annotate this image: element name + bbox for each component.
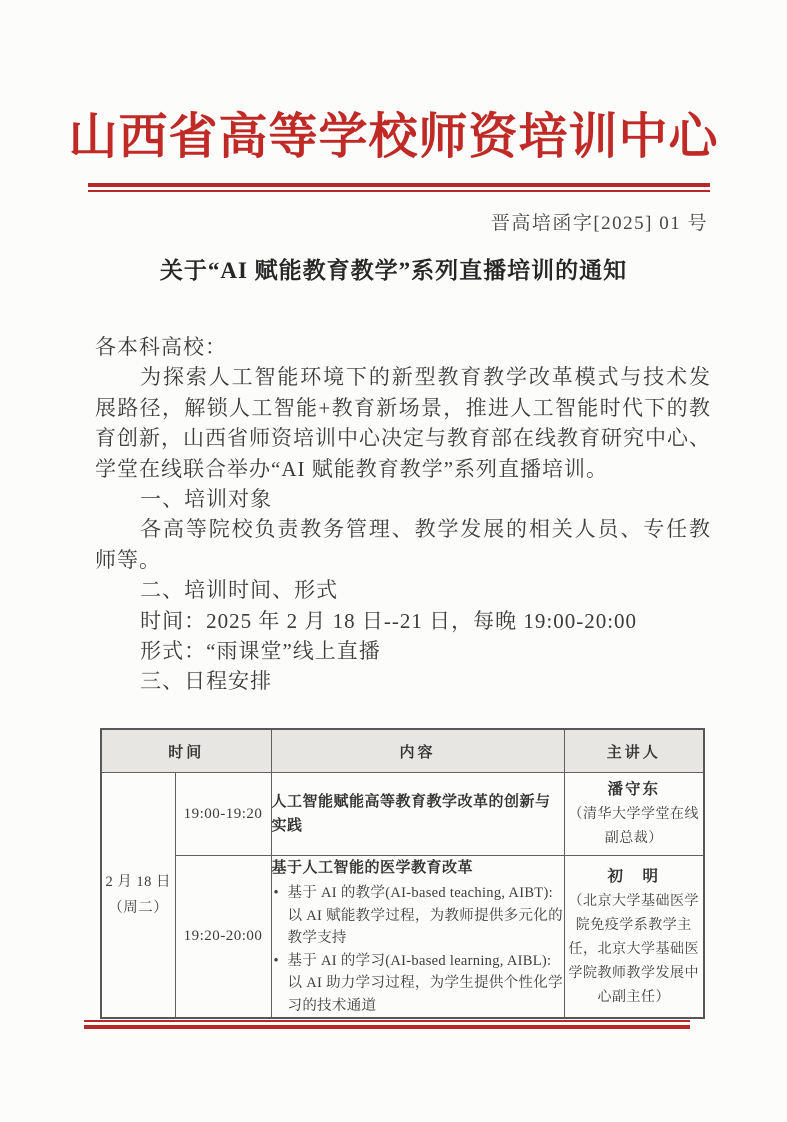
content-cell-row1: 人工智能赋能高等教育教学改革的创新与实践 — [271, 773, 564, 856]
time-cell-row2: 19:20-20:00 — [175, 856, 271, 1019]
bullet-icon: • — [274, 882, 279, 905]
content-cell-row2: 基于人工智能的医学教育改革 • 基于 AI 的教学(AI-based teach… — [271, 856, 564, 1019]
letterhead-rule-thick — [88, 183, 710, 187]
date-line-2: （周二） — [102, 895, 175, 921]
speaker-cell-row1: 潘守东 （清华大学学堂在线副总裁） — [564, 773, 704, 856]
notice-body: 各本科高校： 为探索人工智能环境下的新型教育教学改革模式与技术发展路径，解锁人工… — [95, 332, 711, 697]
speaker-name-row2: 初 明 — [565, 864, 704, 890]
speaker-name-row1: 潘守东 — [565, 777, 704, 803]
salutation: 各本科高校： — [95, 332, 711, 362]
section-heading-1: 一、培训对象 — [95, 484, 711, 514]
intro-paragraph: 为探索人工智能环境下的新型教育教学改革模式与技术发展路径，解锁人工智能+教育新场… — [95, 362, 711, 484]
table-header-time: 时间 — [101, 729, 271, 773]
bullet-text-2: 基于 AI 的学习(AI-based learning, AIBL):以 AI … — [288, 953, 563, 1014]
table-header-row: 时间 内容 主讲人 — [101, 729, 704, 773]
section-heading-2: 二、培训时间、形式 — [95, 575, 711, 605]
speaker-affiliation-row2: （北京大学基础医学院免疫学系教学主任，北京大学基础医学院教师教学发展中心副主任） — [565, 890, 704, 1010]
footer-rule-thin — [84, 1020, 690, 1022]
table-header-speaker: 主讲人 — [564, 729, 704, 773]
section-heading-3: 三、日程安排 — [95, 666, 711, 696]
session-bullet-list: • 基于 AI 的教学(AI-based teaching, AIBT):以 A… — [272, 882, 564, 1017]
letterhead-rule-thin — [88, 190, 710, 192]
training-time-line: 时间：2025 年 2 月 18 日--21 日，每晚 19:00-20:00 — [95, 606, 711, 636]
table-row: 2 月 18 日 （周二） 19:00-19:20 人工智能赋能高等教育教学改革… — [101, 773, 704, 856]
notice-title: 关于“AI 赋能教育教学”系列直播培训的通知 — [60, 252, 727, 285]
speaker-cell-row2: 初 明 （北京大学基础医学院免疫学系教学主任，北京大学基础医学院教师教学发展中心… — [564, 856, 704, 1019]
table-header-content: 内容 — [271, 729, 564, 773]
list-item: • 基于 AI 的教学(AI-based teaching, AIBT):以 A… — [272, 882, 564, 950]
section-body-1: 各高等院校负责教务管理、教学发展的相关人员、专任教师等。 — [95, 514, 711, 575]
session-title-row2: 基于人工智能的医学教育改革 — [272, 856, 564, 880]
speaker-affiliation-row1: （清华大学学堂在线副总裁） — [565, 803, 704, 851]
list-item: • 基于 AI 的学习(AI-based learning, AIBL):以 A… — [272, 950, 564, 1018]
training-format-line: 形式：“雨课堂”线上直播 — [95, 636, 711, 666]
session-title-row1: 人工智能赋能高等教育教学改革的创新与实践 — [272, 790, 564, 838]
bullet-text-1: 基于 AI 的教学(AI-based teaching, AIBT):以 AI … — [288, 885, 563, 946]
date-line-1: 2 月 18 日 — [102, 869, 175, 895]
table-row: 19:20-20:00 基于人工智能的医学教育改革 • 基于 AI 的教学(AI… — [101, 856, 704, 1019]
schedule-table: 时间 内容 主讲人 2 月 18 日 （周二） 19:00-19:20 人工智能… — [100, 728, 705, 1019]
document-page: 山西省高等学校师资培训中心 晋高培函字[2025] 01 号 关于“AI 赋能教… — [0, 0, 787, 1122]
time-cell-row1: 19:00-19:20 — [175, 773, 271, 856]
footer-rule-thick — [84, 1025, 690, 1029]
letterhead-org-name: 山西省高等学校师资培训中心 — [60, 102, 727, 172]
bullet-icon: • — [274, 950, 279, 973]
date-cell: 2 月 18 日 （周二） — [101, 773, 175, 1019]
document-number: 晋高培函字[2025] 01 号 — [491, 208, 708, 235]
